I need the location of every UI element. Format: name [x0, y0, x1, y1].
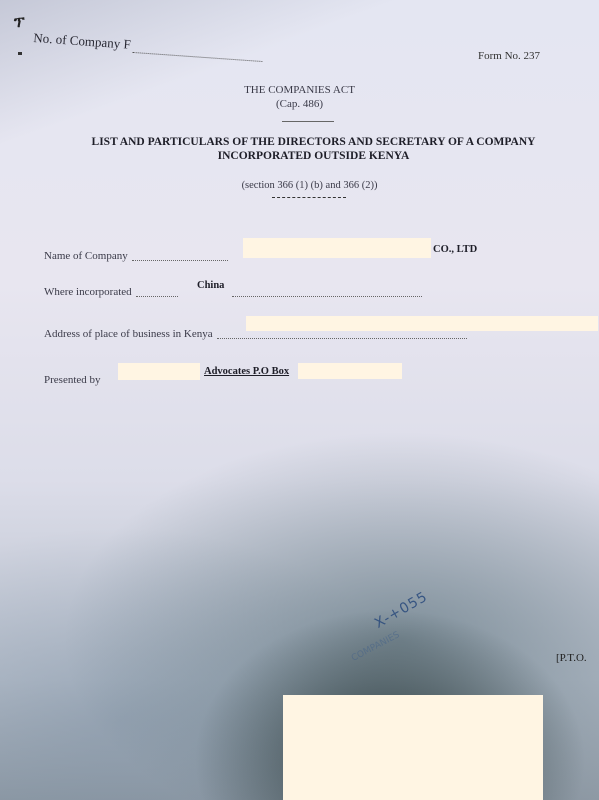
act-title: THE COMPANIES ACT [0, 84, 599, 96]
company-number-label: No. of Company F [33, 30, 131, 52]
ink-stamp: X-+055 [372, 589, 431, 632]
company-name-label: Name of Company [44, 250, 128, 262]
act-chapter: (Cap. 486) [0, 98, 599, 110]
form-number: Form No. 237 [478, 50, 540, 62]
incorporated-row: Where incorporated [44, 282, 178, 300]
incorporated-value: China [197, 280, 224, 291]
section-reference: (section 366 (1) (b) and 366 (2)) [10, 180, 599, 191]
presenter-name-redaction [118, 363, 200, 380]
address-redaction [246, 316, 598, 331]
presenter-firm: Advocates P.O Box [204, 366, 289, 377]
company-name-dots [132, 259, 228, 261]
presented-by-label: Presented by [44, 374, 101, 386]
company-name-redaction [243, 238, 431, 258]
incorporated-dots-right [232, 295, 422, 297]
margin-dot [18, 52, 22, 55]
stamp-faint-text: COMPANIES [350, 630, 401, 664]
presented-by-row: Presented by [44, 370, 101, 388]
po-box-redaction [298, 363, 402, 379]
address-label: Address of place of business in Kenya [44, 328, 213, 340]
company-name-row: Name of Company [44, 246, 228, 264]
divider-rule [282, 121, 334, 122]
company-name-suffix: CO., LTD [433, 244, 477, 255]
company-number-field: No. of Company F [33, 30, 263, 62]
incorporated-dots-left [136, 295, 178, 297]
document-title-line1: LIST AND PARTICULARS OF THE DIRECTORS AN… [14, 136, 599, 148]
please-turn-over: [P.T.O. [556, 652, 587, 664]
incorporated-label: Where incorporated [44, 286, 132, 298]
divider-rule-dashed [272, 197, 346, 198]
bottom-redaction [283, 695, 543, 800]
corner-mark: ፕ [14, 14, 25, 32]
document-title-line2: INCORPORATED OUTSIDE KENYA [14, 150, 599, 162]
address-dots [217, 337, 467, 339]
company-number-line [132, 52, 262, 62]
incorporated-dots-right-wrap [232, 282, 422, 300]
